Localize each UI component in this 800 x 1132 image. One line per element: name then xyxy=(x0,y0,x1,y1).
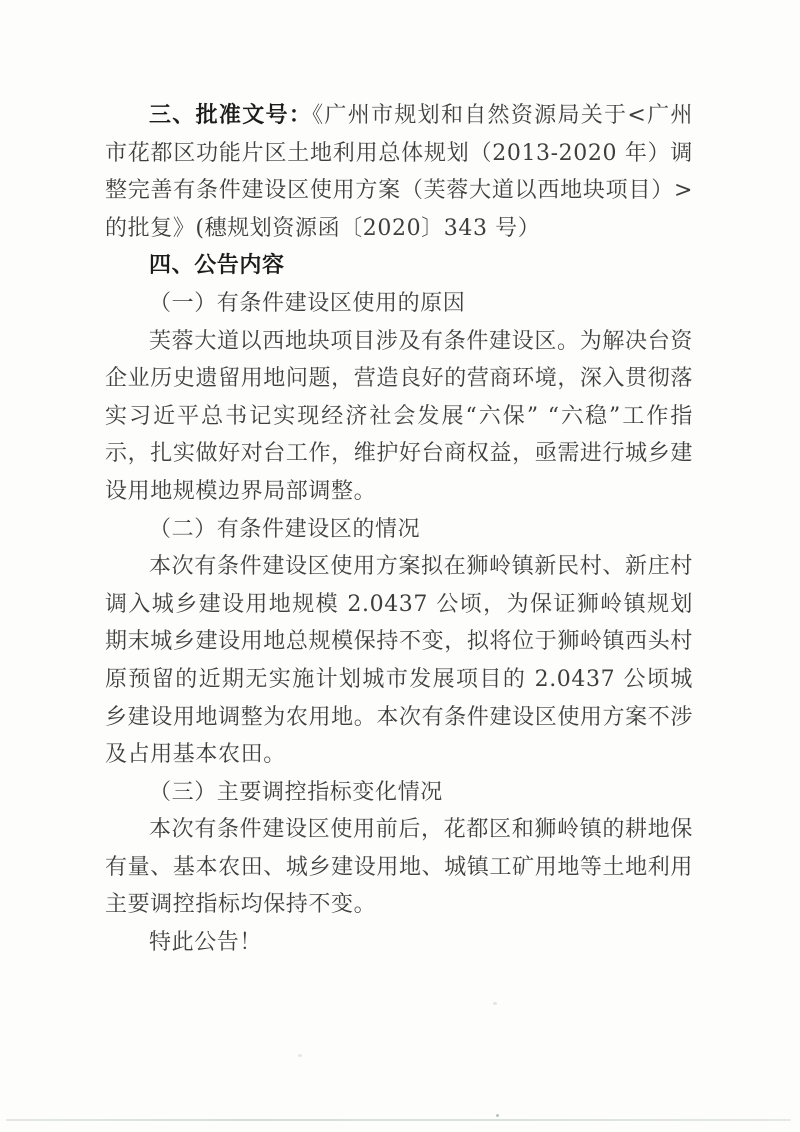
scan-speck xyxy=(496,1114,499,1117)
scan-speck xyxy=(493,1002,497,1005)
subsection-heading-reason: （一）有条件建设区使用的原因 xyxy=(105,285,693,323)
paragraph-approval-number: 三、批准文号：《广州市规划和自然资源局关于<广州市花都区功能片区土地利用总体规划… xyxy=(105,97,693,247)
paragraph-indicator-changes-body: 本次有条件建设区使用前后，花都区和狮岭镇的耕地保有量、基本农田、城乡建设用地、城… xyxy=(105,811,693,924)
paragraph-closing-announcement: 特此公告！ xyxy=(105,924,693,962)
scanned-page: 三、批准文号：《广州市规划和自然资源局关于<广州市花都区功能片区土地利用总体规划… xyxy=(0,0,800,1132)
approval-number-label: 三、批准文号： xyxy=(149,102,312,128)
section-heading-announcement-content: 四、公告内容 xyxy=(105,247,693,285)
subsection-heading-indicator-changes: （三）主要调控指标变化情况 xyxy=(105,774,693,812)
subsection-heading-situation: （二）有条件建设区的情况 xyxy=(105,511,693,549)
document-body: 三、批准文号：《广州市规划和自然资源局关于<广州市花都区功能片区土地利用总体规划… xyxy=(105,97,693,962)
scan-speck xyxy=(298,1054,302,1057)
paragraph-reason-body: 芙蓉大道以西地块项目涉及有条件建设区。为解决台资企业历史遗留用地问题，营造良好的… xyxy=(105,323,693,511)
paragraph-situation-body: 本次有条件建设区使用方案拟在狮岭镇新民村、新庄村调入城乡建设用地规模 2.043… xyxy=(105,548,693,774)
scan-shadow-line xyxy=(6,1119,791,1121)
